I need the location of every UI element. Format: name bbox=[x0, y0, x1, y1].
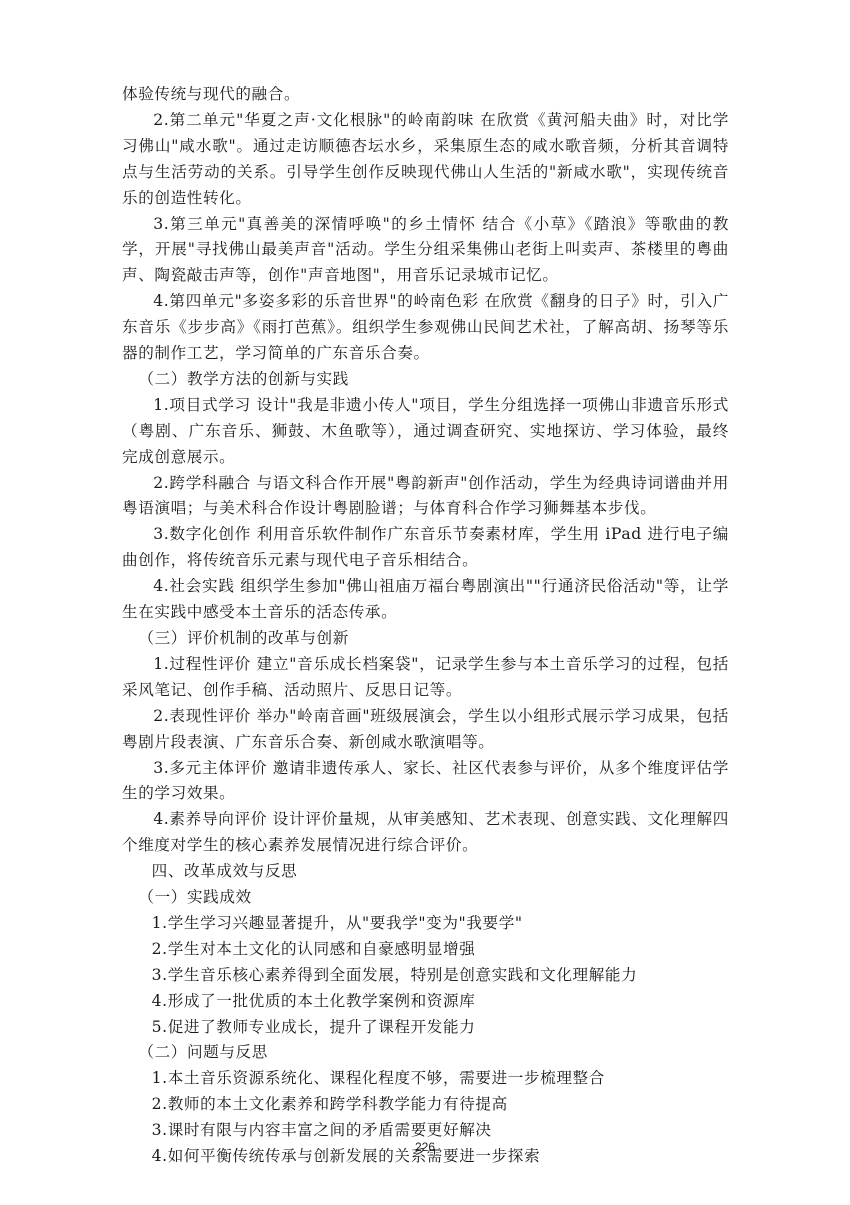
subheading-evaluation: （三）评价机制的改革与创新 bbox=[122, 626, 729, 652]
subheading-practice-results: （一）实践成效 bbox=[122, 885, 729, 911]
result-item: 1.学生学习兴趣显著提升，从"要我学"变为"我要学" bbox=[122, 911, 729, 937]
subheading-problems-reflection: （二）问题与反思 bbox=[122, 1040, 729, 1066]
problem-item: 2.教师的本土文化素养和跨学科教学能力有待提高 bbox=[122, 1092, 729, 1118]
paragraph-digital-creation: 3.数字化创作 利用音乐软件制作广东音乐节奏素材库，学生用 iPad 进行电子编… bbox=[122, 522, 729, 574]
paragraph-literacy-evaluation: 4.素养导向评价 设计评价量规，从审美感知、艺术表现、创意实践、文化理解四个维度… bbox=[122, 807, 729, 859]
subheading-teaching-methods: （二）教学方法的创新与实践 bbox=[122, 367, 729, 393]
result-item: 2.学生对本土文化的认同感和自豪感明显增强 bbox=[122, 937, 729, 963]
paragraph-interdisciplinary: 2.跨学科融合 与语文科合作开展"粤韵新声"创作活动，学生为经典诗词谱曲并用粤语… bbox=[122, 471, 729, 523]
paragraph-continuation: 体验传统与现代的融合。 bbox=[122, 82, 729, 108]
paragraph-unit-3: 3.第三单元"真善美的深情呼唤"的乡土情怀 结合《小草》《踏浪》等歌曲的教学，开… bbox=[122, 212, 729, 290]
paragraph-performance-evaluation: 2.表现性评价 举办"岭南音画"班级展演会，学生以小组形式展示学习成果，包括粤剧… bbox=[122, 704, 729, 756]
paragraph-unit-2: 2.第二单元"华夏之声·文化根脉"的岭南韵味 在欣赏《黄河船夫曲》时，对比学习佛… bbox=[122, 108, 729, 212]
document-page: 体验传统与现代的融合。 2.第二单元"华夏之声·文化根脉"的岭南韵味 在欣赏《黄… bbox=[122, 82, 729, 1170]
page-number: 226 bbox=[0, 1140, 850, 1154]
paragraph-multi-subject-evaluation: 3.多元主体评价 邀请非遗传承人、家长、社区代表参与评价，从多个维度评估学生的学… bbox=[122, 756, 729, 808]
paragraph-unit-4: 4.第四单元"多姿多彩的乐音世界"的岭南色彩 在欣赏《翻身的日子》时，引入广东音… bbox=[122, 289, 729, 367]
paragraph-process-evaluation: 1.过程性评价 建立"音乐成长档案袋"，记录学生参与本土音乐学习的过程，包括采风… bbox=[122, 652, 729, 704]
paragraph-social-practice: 4.社会实践 组织学生参加"佛山祖庙万福台粤剧演出""行通济民俗活动"等，让学生… bbox=[122, 574, 729, 626]
result-item: 4.形成了一批优质的本土化教学案例和资源库 bbox=[122, 989, 729, 1015]
result-item: 5.促进了教师专业成长，提升了课程开发能力 bbox=[122, 1015, 729, 1041]
section-heading-results-reflection: 四、改革成效与反思 bbox=[122, 859, 729, 885]
paragraph-project-learning: 1.项目式学习 设计"我是非遗小传人"项目，学生分组选择一项佛山非遗音乐形式（粤… bbox=[122, 393, 729, 471]
result-item: 3.学生音乐核心素养得到全面发展，特别是创意实践和文化理解能力 bbox=[122, 963, 729, 989]
problem-item: 1.本土音乐资源系统化、课程化程度不够，需要进一步梳理整合 bbox=[122, 1066, 729, 1092]
